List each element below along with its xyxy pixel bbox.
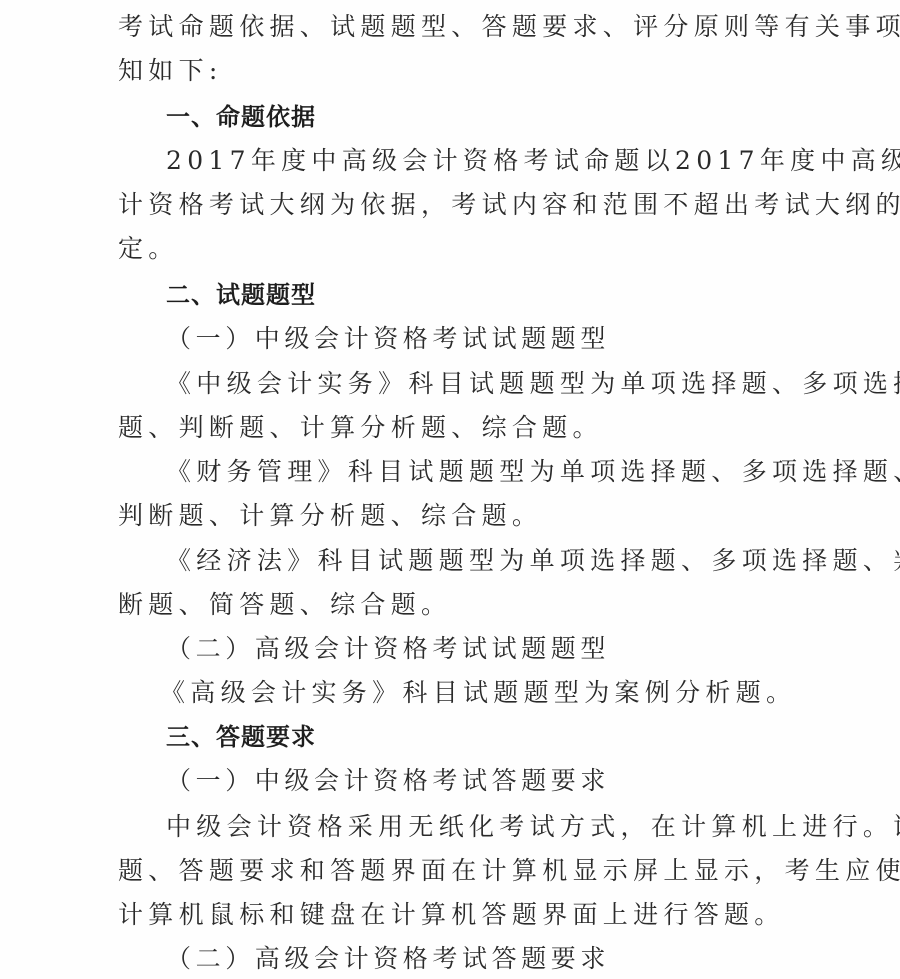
paragraph-line: 《中级会计实务》科目试题题型为单项选择题、多项选择 [166, 369, 900, 399]
section-heading-2: 二、试题题型 [166, 280, 316, 310]
subsection-heading: （一）中级会计资格考试答题要求 [166, 766, 610, 796]
subsection-heading: （二）高级会计资格考试试题题型 [166, 634, 610, 664]
paragraph-line: 《经济法》科目试题题型为单项选择题、多项选择题、判 [166, 546, 900, 576]
paragraph-line: 中级会计资格采用无纸化考试方式，在计算机上进行。试 [166, 812, 900, 842]
paragraph-line: 题、答题要求和答题界面在计算机显示屏上显示，考生应使用 [118, 856, 900, 886]
section-heading-3: 三、答题要求 [166, 722, 316, 752]
paragraph-line: 计算机鼠标和键盘在计算机答题界面上进行答题。 [118, 900, 785, 930]
paragraph-line: 2017年度中高级会计资格考试命题以2017年度中高级会 [166, 146, 900, 176]
paragraph-line: 计资格考试大纲为依据，考试内容和范围不超出考试大纲的规 [118, 190, 900, 220]
paragraph-line: 考试命题依据、试题题型、答题要求、评分原则等有关事项通 [118, 12, 900, 42]
paragraph-line: 知如下: [118, 56, 223, 86]
subsection-heading: （二）高级会计资格考试答题要求 [166, 944, 610, 974]
paragraph-line: 断题、简答题、综合题。 [118, 590, 451, 620]
paragraph-line: 《高级会计实务》科目试题题型为案例分析题。 [160, 678, 796, 708]
document-page: 考试命题依据、试题题型、答题要求、评分原则等有关事项通 知如下: 一、命题依据 … [0, 0, 900, 979]
subsection-heading: （一）中级会计资格考试试题题型 [166, 324, 610, 354]
paragraph-line: 判断题、计算分析题、综合题。 [118, 501, 542, 531]
paragraph-line: 定。 [118, 234, 179, 264]
section-heading-1: 一、命题依据 [166, 102, 316, 132]
paragraph-line: 题、判断题、计算分析题、综合题。 [118, 413, 603, 443]
paragraph-line: 《财务管理》科目试题题型为单项选择题、多项选择题、 [166, 457, 900, 487]
